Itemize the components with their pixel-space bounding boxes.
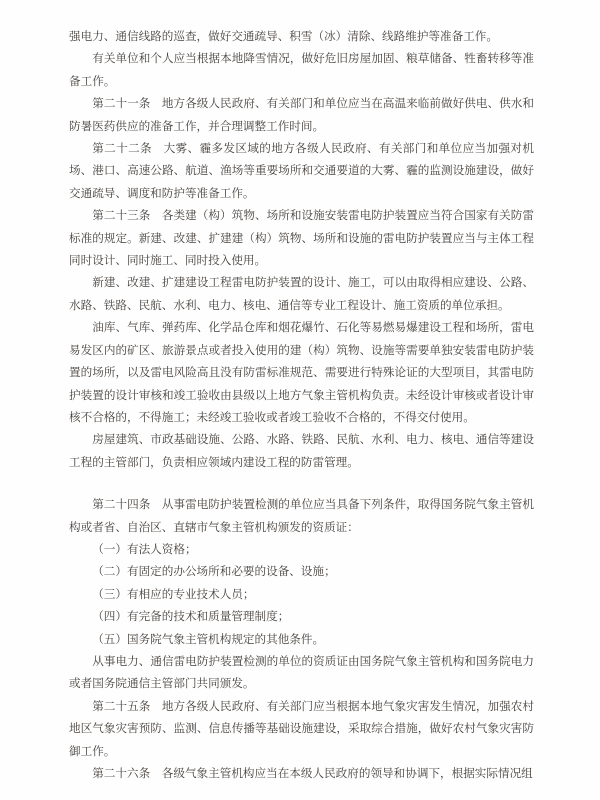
article-paragraph-26: 第二十六条各级气象主管机构应当在本级人民政府的领导和协调下，根据实际情况组	[69, 763, 534, 785]
article-paragraph-24: 第二十四条从事雷电防护装置检测的单位应当具备下列条件，取得国务院气象主管机构或者…	[69, 494, 534, 539]
paragraph-hazard-sites: 油库、气库、弹药库、化学品仓库和烟花爆竹、石化等易燃易爆建设工程和场所，雷电易发…	[69, 317, 534, 429]
article-text-26: 各级气象主管机构应当在本级人民政府的领导和协调下，根据实际情况组	[162, 767, 533, 780]
article-number-22: 第二十二条	[92, 142, 152, 155]
article-paragraph-21: 第二十一条地方各级人民政府、有关部门和单位应当在高温来临前做好供电、供水和防暑医…	[69, 93, 534, 138]
list-item-2: （二）有固定的办公场所和必要的设备、设施；	[69, 561, 534, 583]
list-item-4: （四）有完备的技术和质量管理制度；	[69, 606, 534, 628]
blank-line	[69, 474, 534, 494]
document-page: 强电力、通信线路的巡查，做好交通疏导、积雪（冰）清除、线路维护等准备工作。 有关…	[0, 0, 600, 800]
article-number-24: 第二十四条	[92, 498, 150, 511]
paragraph-lightning-design: 新建、改建、扩建建设工程雷电防护装置的设计、施工，可以由取得相应建设、公路、水路…	[69, 272, 534, 317]
article-number-26: 第二十六条	[92, 767, 150, 780]
paragraph-certificate-issuance: 从事电力、通信雷电防护装置检测的单位的资质证由国务院气象主管机构和国务院电力或者…	[69, 651, 534, 696]
document-text: 强电力、通信线路的巡查，做好交通疏导、积雪（冰）清除、线路维护等准备工作。 有关…	[69, 26, 534, 785]
article-paragraph-25: 第二十五条地方各级人民政府、有关部门应当根据本地气象灾害发生情况，加强农村地区气…	[69, 696, 534, 763]
article-paragraph-23: 第二十三条各类建（构）筑物、场所和设施安装雷电防护装置应当符合国家有关防雷标准的…	[69, 205, 534, 272]
paragraph-snow-preparation: 有关单位和个人应当根据本地降雪情况，做好危旧房屋加固、粮草储备、牲畜转移等准备工…	[69, 48, 534, 93]
paragraph-competent-departments: 房屋建筑、市政基础设施、公路、水路、铁路、民航、水利、电力、核电、通信等建设工程…	[69, 429, 534, 474]
article-number-23: 第二十三条	[92, 209, 150, 222]
article-number-25: 第二十五条	[92, 700, 150, 713]
list-item-5: （五）国务院气象主管机构规定的其他条件。	[69, 629, 534, 651]
article-paragraph-22: 第二十二条大雾、霾多发区域的地方各级人民政府、有关部门和单位应当加强对机场、港口…	[69, 138, 534, 205]
list-item-3: （三）有相应的专业技术人员；	[69, 584, 534, 606]
paragraph-continuation: 强电力、通信线路的巡查，做好交通疏导、积雪（冰）清除、线路维护等准备工作。	[69, 26, 534, 48]
list-item-1: （一）有法人资格；	[69, 539, 534, 561]
article-number-21: 第二十一条	[92, 97, 150, 110]
